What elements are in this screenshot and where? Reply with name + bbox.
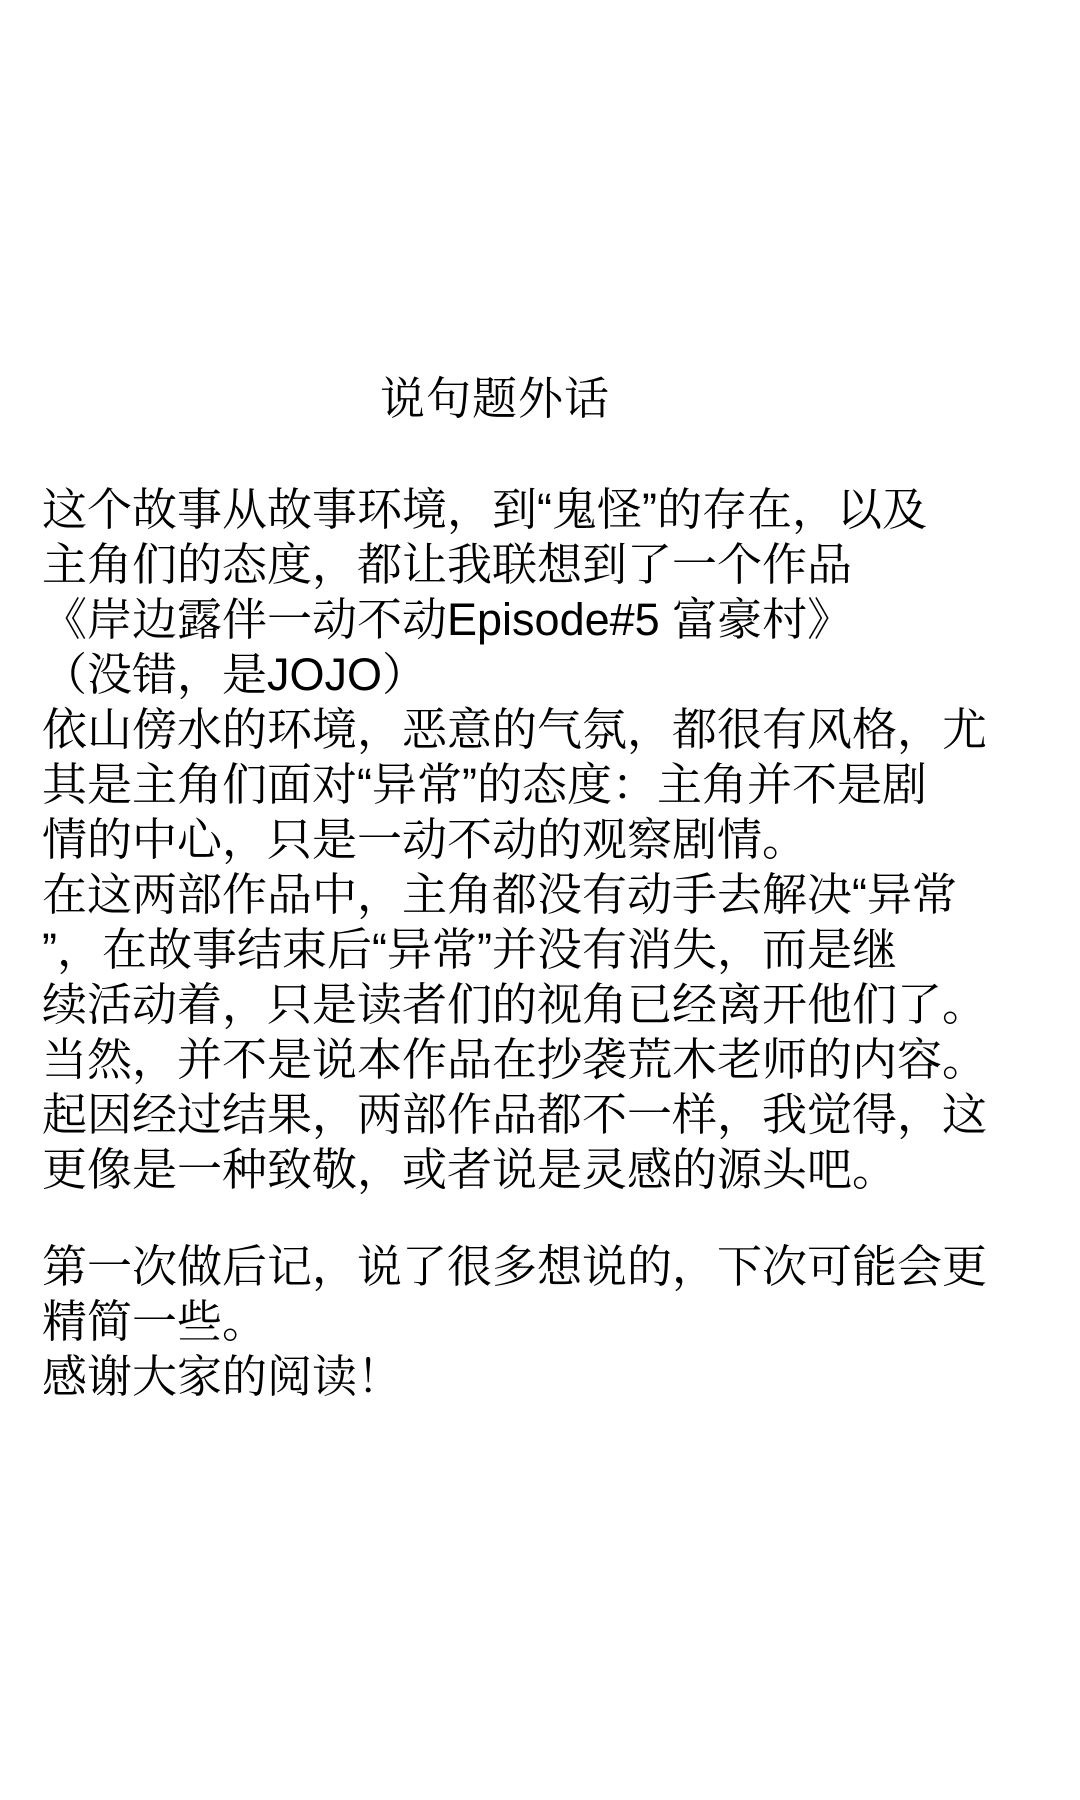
text-line: 感谢大家的阅读！: [42, 1349, 1052, 1404]
text-line: 第一次做后记，说了很多想说的，下次可能会更: [42, 1239, 1052, 1294]
text-line: ”，在故事结束后“异常”并没有消失，而是继: [42, 922, 1052, 977]
afterword-paragraph-main: 这个故事从故事环境，到“鬼怪”的存在，以及 主角们的态度，都让我联想到了一个作品…: [42, 482, 1052, 1197]
text-line: （没错，是JOJO）: [42, 647, 1052, 702]
text-line: 起因经过结果，两部作品都不一样，我觉得，这: [42, 1087, 1052, 1142]
text-line: 更像是一种致敬，或者说是灵感的源头吧。: [42, 1142, 1052, 1197]
afterword-paragraph-closing: 第一次做后记，说了很多想说的，下次可能会更 精简一些。 感谢大家的阅读！: [42, 1239, 1052, 1404]
text-line: 情的中心，只是一动不动的观察剧情。: [42, 812, 1052, 867]
text-line: 其是主角们面对“异常”的态度：主角并不是剧: [42, 757, 1052, 812]
text-line: 依山傍水的环境，恶意的气氛，都很有风格，尤: [42, 702, 1052, 757]
text-line: 这个故事从故事环境，到“鬼怪”的存在，以及: [42, 482, 1052, 537]
text-line: 主角们的态度，都让我联想到了一个作品: [42, 537, 1052, 592]
text-line: 《岸边露伴一动不动Episode#5 富豪村》: [42, 592, 1052, 647]
text-line: 续活动着，只是读者们的视角已经离开他们了。: [42, 977, 1052, 1032]
afterword-page: 说句题外话 这个故事从故事环境，到“鬼怪”的存在，以及 主角们的态度，都让我联想…: [0, 0, 1080, 1800]
page-title: 说句题外话: [0, 371, 990, 427]
text-line: 精简一些。: [42, 1294, 1052, 1349]
text-line: 在这两部作品中，主角都没有动手去解决“异常: [42, 867, 1052, 922]
text-line: 当然，并不是说本作品在抄袭荒木老师的内容。: [42, 1032, 1052, 1087]
